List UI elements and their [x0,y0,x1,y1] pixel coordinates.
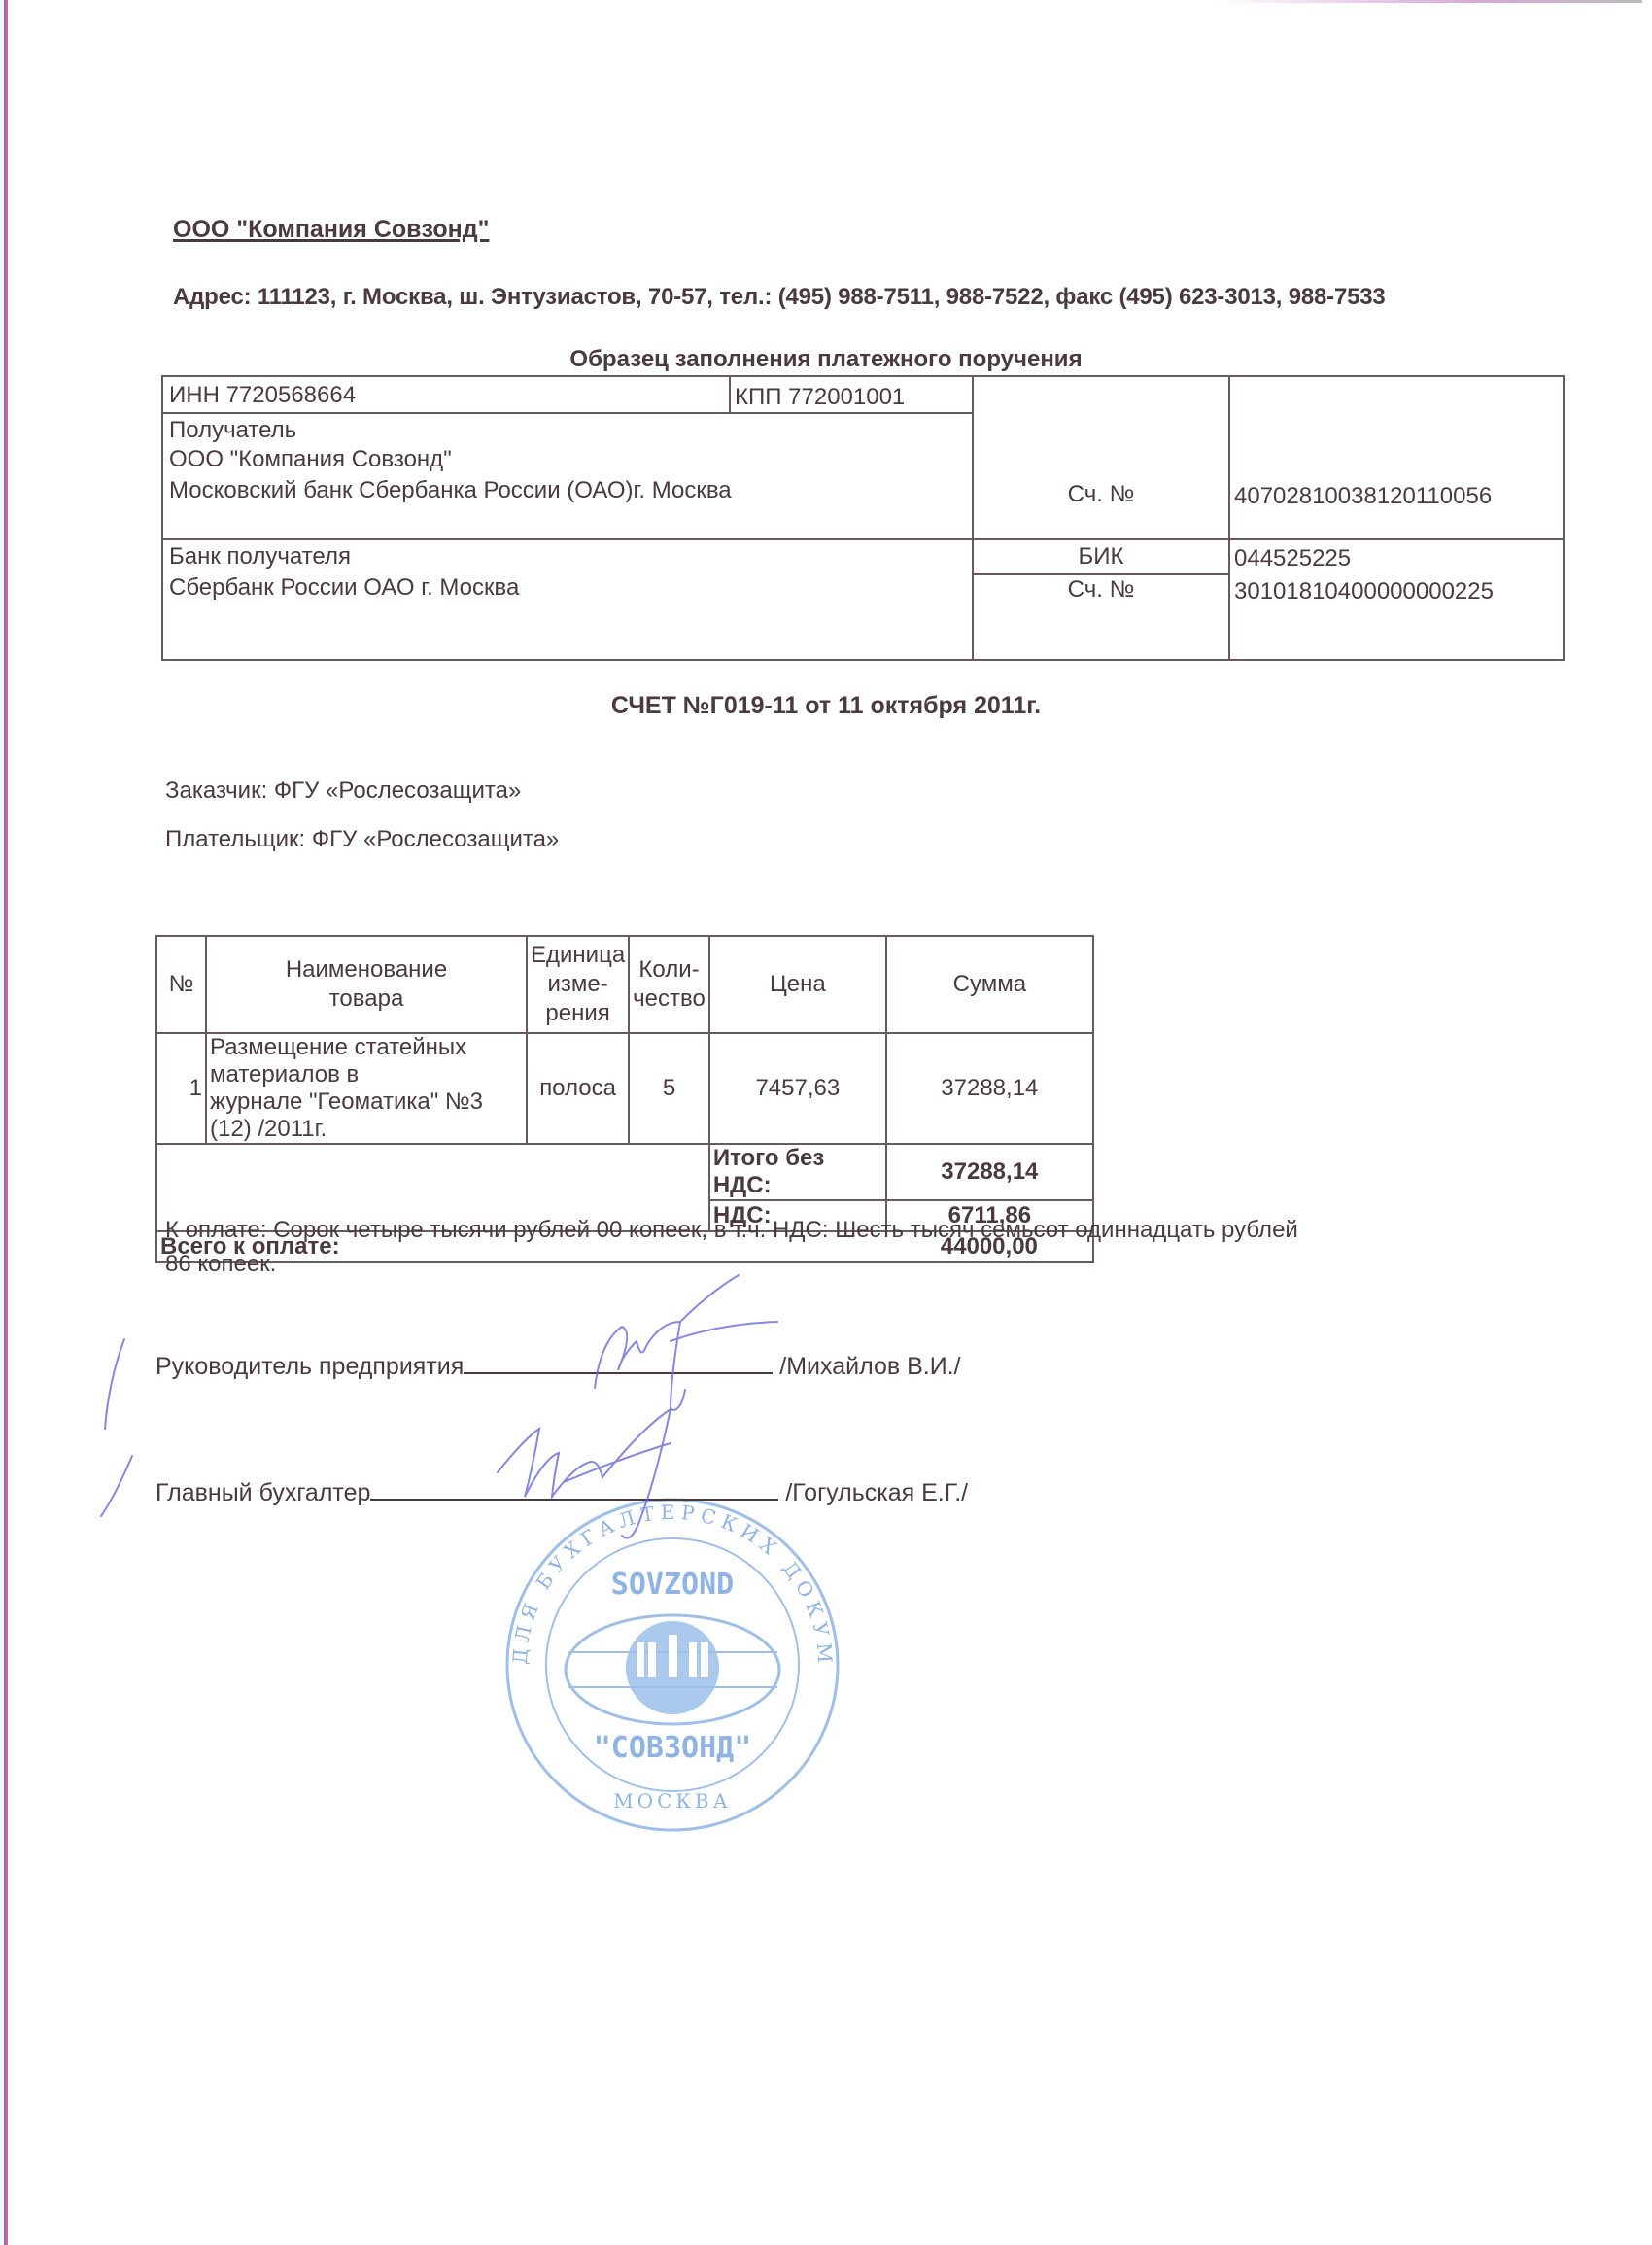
accountant-signature-scribble [498,1409,671,1538]
accountant-checkmark-icon [101,1456,132,1516]
handwritten-signatures [0,0,1652,2245]
director-signature-scribble [595,1275,777,1410]
director-checkmark-icon [105,1339,124,1429]
